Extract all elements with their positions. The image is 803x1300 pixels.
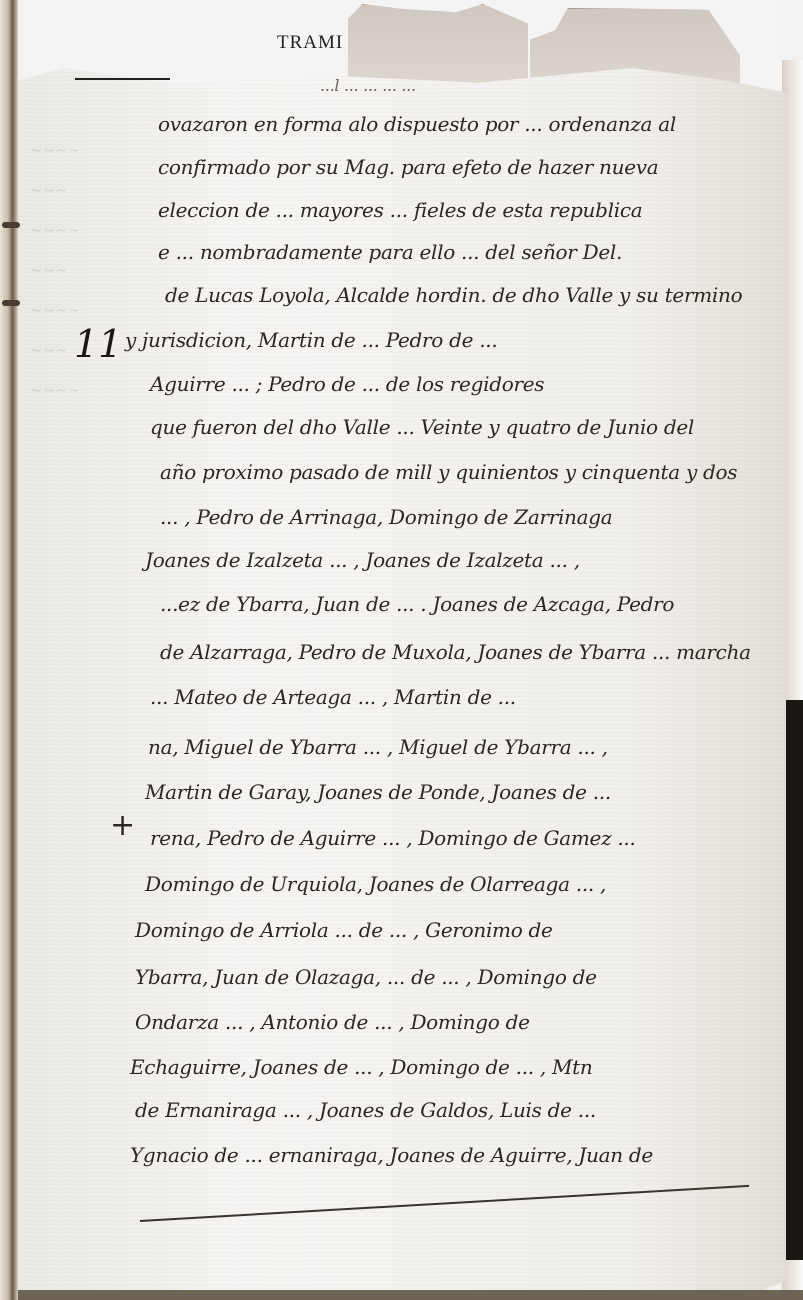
rule-line-top xyxy=(75,78,170,80)
manuscript-line: Domingo de Urquiola, Joanes de Olarreaga… xyxy=(145,872,606,896)
manuscript-line: de Ernaniraga ... , Joanes de Galdos, Lu… xyxy=(135,1098,596,1122)
manuscript-line: Aguirre ... ; Pedro de ... de los regido… xyxy=(150,372,544,396)
manuscript-line: na, Miguel de Ybarra ... , Miguel de Yba… xyxy=(148,735,608,759)
folio-number: 11 xyxy=(74,322,122,366)
manuscript-line: ... , Pedro de Arrinaga, Domingo de Zarr… xyxy=(160,505,612,529)
manuscript-line: de Lucas Loyola, Alcalde hordin. de dho … xyxy=(165,283,742,307)
manuscript-line: de Alzarraga, Pedro de Muxola, Joanes de… xyxy=(160,640,751,664)
manuscript-line: confirmado por su Mag. para efeto de haz… xyxy=(158,155,658,179)
manuscript-line: que fueron del dho Valle ... Veinte y qu… xyxy=(150,415,694,439)
torn-paper-scrap xyxy=(348,4,528,85)
manuscript-line: e ... nombradamente para ello ... del se… xyxy=(158,240,622,264)
manuscript-line: Joanes de Izalzeta ... , Joanes de Izalz… xyxy=(145,548,580,572)
manuscript-line: Ondarza ... , Antonio de ... , Domingo d… xyxy=(135,1010,530,1034)
manuscript-line: Echaguirre, Joanes de ... , Domingo de .… xyxy=(130,1055,592,1079)
cross-mark: + xyxy=(110,808,135,843)
manuscript-line: año proximo pasado de mill y quinientos … xyxy=(160,460,737,484)
page-shadow-gap xyxy=(786,700,803,1260)
manuscript-line: Domingo de Arriola ... de ... , Geronimo… xyxy=(135,918,553,942)
manuscript-line: Ygnacio de ... ernaniraga, Joanes de Agu… xyxy=(130,1143,653,1167)
manuscript-line: Ybarra, Juan de Olazaga, ... de ... , Do… xyxy=(135,965,597,989)
manuscript-line: ...l ... ... ... ... xyxy=(320,76,416,95)
manuscript-line: ...ez de Ybarra, Juan de ... . Joanes de… xyxy=(160,592,674,616)
book-binding xyxy=(0,0,18,1300)
manuscript-line: Martin de Garay, Joanes de Ponde, Joanes… xyxy=(145,780,611,804)
printed-title-fragment: TRAMI xyxy=(277,32,343,54)
manuscript-line: ... Mateo de Arteaga ... , Martin de ... xyxy=(150,685,516,709)
binding-stitch xyxy=(2,300,20,306)
bottom-shadow xyxy=(0,1290,803,1300)
manuscript-line: eleccion de ... mayores ... fieles de es… xyxy=(158,198,642,222)
manuscript-line: rena, Pedro de Aguirre ... , Domingo de … xyxy=(150,826,636,850)
manuscript-line: ovazaron en forma alo dispuesto por ... … xyxy=(158,112,676,136)
bleed-through-text: ~~~~~~~~~~~~~~~~~~~~~~~~~ xyxy=(30,130,120,410)
binding-stitch xyxy=(2,222,20,228)
manuscript-line: y jurisdicion, Martin de ... Pedro de ..… xyxy=(125,328,497,352)
